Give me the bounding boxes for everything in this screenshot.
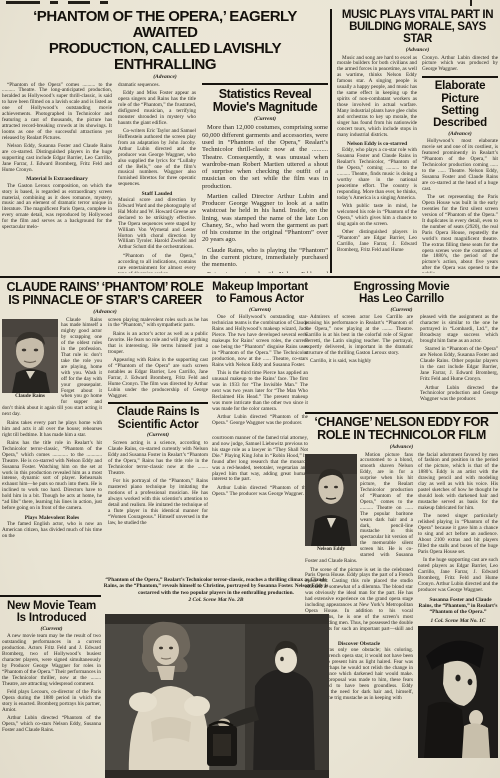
article-elaborate-setting: Elaborate Picture Setting Described (Adv…: [422, 76, 498, 273]
scene-1c-caption: Susanna Foster and Claude Rains, the “Ph…: [418, 597, 498, 616]
music-col1-text: Music and song are hard to excel as mora…: [337, 56, 417, 139]
rains-career-col1: Claude Rains Claude Rains has made himse…: [2, 318, 102, 543]
phantom-awaited-col1-text: “Phantom of the Opera” comes .......... …: [2, 83, 112, 174]
makeup-text: One of Hollywood’s outstanding star-tech…: [212, 315, 308, 427]
new-team-headline-1: New Movie Team: [2, 600, 101, 612]
scene-2b-caption-block: “Phantom of the Opera,” Realart’s Techni…: [103, 577, 329, 613]
rains-career-subhead: Plays Malevolent Roles: [2, 515, 102, 521]
scene-2b-caption: “Phantom of the Opera,” Realart’s Techni…: [103, 577, 329, 596]
rains-career-headline-2: IS PINNACLE OF STAR’S CAREER: [2, 294, 208, 307]
scientific-tag: (Current): [108, 432, 208, 438]
scientific-col2-text: courtroom manner of the famed trial atto…: [212, 436, 308, 498]
article-statistics: Statistics Reveal Movie's Magnitude (Cur…: [202, 83, 328, 273]
elaborate-headline-2: Setting Described: [422, 105, 498, 129]
article-carrillo: Engrossing Movie Has Leo Carrillo (Curre…: [305, 281, 498, 410]
makeup-text-col: One of Hollywood’s outstanding star-tech…: [212, 315, 308, 497]
scene-2b-mat-label: 2 Col. Scene Mat No. 2B: [103, 597, 329, 603]
rains-career-col2: screen playing malevolent roles such as …: [108, 318, 208, 543]
scene-1c-mat-label: 1 Col. Scene Mat No. 1C: [418, 618, 498, 624]
phantom-awaited-tag: (Advance): [2, 74, 328, 80]
article-scientific-actor: Claude Rains Is Scientific Actor (Curren…: [108, 402, 208, 526]
claude-rains-photo-caption: Claude Rains: [2, 394, 58, 400]
phantom-awaited-col1: “Phantom of the Opera” comes .......... …: [2, 83, 112, 273]
change-eddy-col2: the facial adornment favored by men of f…: [418, 453, 498, 759]
article-change-eddy: ‘CHANGE’ NELSON EDDY FOR ROLE IN TECHNIC…: [305, 412, 498, 778]
statistics-headline-2: Movie's Magnitude: [202, 101, 328, 114]
phantom-awaited-col2: dramatic sequences.Eddy and Miss Foster …: [118, 83, 196, 273]
music-headline-2: BUILDING MORALE, SAYS STAR: [337, 21, 498, 45]
carrillo-tag: (Current): [305, 307, 498, 313]
rains-career-col1-text-2: The famed English actor, who is now an A…: [2, 522, 102, 540]
phantom-awaited-col1-text-2: The Gaston Leroux composition, on which …: [2, 184, 112, 231]
music-col2-text: Cronyn. Arthur Lubin directed the pictur…: [422, 56, 498, 74]
music-tag: (Advance): [337, 47, 498, 53]
article-music-morale: MUSIC PLAYS VITAL PART IN BUILDING MORAL…: [337, 9, 498, 273]
scientific-headline-1: Claude Rains Is: [108, 406, 208, 418]
elaborate-tag: (Advance): [422, 131, 498, 137]
carrillo-col2: pleased with the assignment as the chara…: [420, 315, 498, 405]
elaborate-text: Hollywood’s most elaborate movie set and…: [422, 139, 498, 273]
change-eddy-col2-text: the facial adornment favored by men of f…: [418, 453, 498, 594]
statistics-text: More than 12,000 costumes, comprising so…: [202, 124, 328, 273]
article-new-team: New Movie Team Is Introduced (Current) A…: [2, 600, 101, 778]
carrillo-col1-text: Admirers of screen actor Leo Carrillo ar…: [305, 315, 413, 365]
music-col1-text-2: Eddy, who plays a co-star role with Susa…: [337, 148, 417, 254]
scene-2b-photo: [105, 614, 329, 778]
change-eddy-headline-1: ‘CHANGE’ NELSON EDDY FOR: [305, 416, 498, 429]
scientific-col1-text: Screen acting is a science, according to…: [108, 441, 208, 526]
makeup-headline-2: to Famous Actor: [212, 293, 308, 305]
nelson-eddy-portrait-photo: [305, 454, 357, 546]
page-edge-tick: [470, 0, 472, 6]
rains-career-col2-text: screen playing malevolent roles such as …: [108, 318, 208, 400]
claude-rains-portrait-photo: [2, 319, 58, 393]
change-eddy-tag: (Advance): [305, 444, 498, 450]
music-headline-1: MUSIC PLAYS VITAL PART IN: [337, 9, 498, 21]
carrillo-col2-text: pleased with the assignment as the chara…: [420, 315, 498, 403]
scene-1c-photo: [418, 626, 498, 758]
new-team-headline-2: Is Introduced: [2, 612, 101, 624]
column-divider-rule: [330, 9, 332, 273]
carrillo-headline-2: Has Leo Carrillo: [305, 293, 498, 305]
rains-career-headline-1: CLAUDE RAINS’ ‘PHANTOM’ ROLE: [2, 281, 208, 294]
makeup-tag: (Current): [212, 307, 308, 313]
carrillo-col1: Admirers of screen actor Leo Carrillo ar…: [305, 315, 413, 405]
change-eddy-headline-2: ROLE IN TECHNICOLOR FILM: [305, 429, 498, 442]
music-col2: Cronyn. Arthur Lubin directed the pictur…: [422, 56, 498, 273]
phantom-awaited-col2-text-2: Musical score and direction by Edward Wa…: [118, 198, 196, 273]
statistics-tag: (Current): [202, 116, 328, 122]
pressbook-page: ‘PHANTOM OF THE OPERA,’ EAGERLY AWAITED …: [0, 0, 500, 778]
scientific-headline-2: Scientific Actor: [108, 419, 208, 431]
music-col1: Music and song are hard to excel as mora…: [337, 56, 417, 273]
article-rains-career: CLAUDE RAINS’ ‘PHANTOM’ ROLE IS PINNACLE…: [2, 281, 208, 593]
carrillo-headline-1: Engrossing Movie: [305, 281, 498, 293]
phantom-awaited-headline-2: PRODUCTION, CALLED LAVISHLY ENTHRALLING: [2, 41, 328, 73]
claude-rains-photo-frame: Claude Rains: [2, 319, 58, 400]
article-makeup: Makeup Important to Famous Actor (Curren…: [212, 281, 308, 575]
section-divider-rule: [0, 276, 500, 278]
statistics-top-rule: [202, 83, 328, 86]
phantom-awaited-col2-text: dramatic sequences.Eddy and Miss Foster …: [118, 83, 196, 189]
nelson-eddy-photo-caption: Nelson Eddy: [305, 547, 357, 553]
new-team-text: A new movie team may be the result of tw…: [2, 634, 101, 734]
new-team-top-rule: [0, 595, 101, 597]
makeup-headline-1: Makeup Important: [212, 281, 308, 293]
article-phantom-awaited: ‘PHANTOM OF THE OPERA,’ EAGERLY AWAITED …: [2, 9, 328, 273]
new-team-tag: (Current): [2, 626, 101, 632]
new-team-text-col: A new movie team may be the result of tw…: [2, 634, 101, 734]
phantom-awaited-headline-1: ‘PHANTOM OF THE OPERA,’ EAGERLY AWAITED: [2, 9, 328, 41]
elaborate-headline-1: Elaborate Picture: [422, 80, 498, 104]
page-edge-marks: [6, 1, 108, 4]
phantom-awaited-subhead-material: Material Is Extraordinary: [2, 176, 112, 182]
statistics-headline-1: Statistics Reveal: [202, 88, 328, 101]
scene-1c-caption-block: Susanna Foster and Claude Rains, the “Ph…: [418, 597, 498, 624]
rains-career-tag: (Advance): [2, 309, 208, 315]
nelson-eddy-photo-frame: Nelson Eddy: [305, 454, 357, 553]
